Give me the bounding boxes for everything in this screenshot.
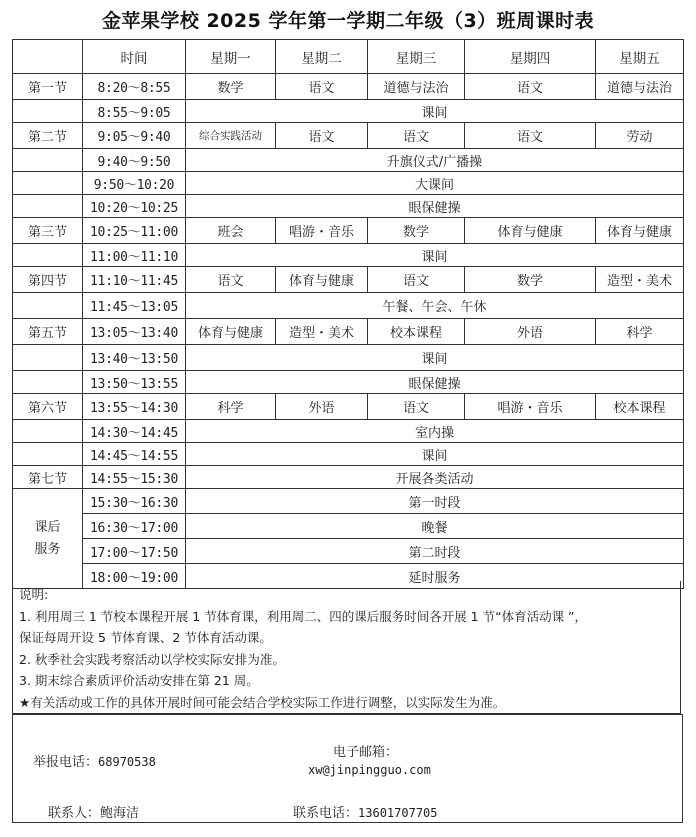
report-phone-label: 举报电话： — [33, 755, 98, 770]
subject-cell: 外语 — [276, 394, 368, 420]
note-line: 保证每周开设 5 节体育课、2 节体育活动课。 — [19, 627, 680, 649]
period-label: 第二节 — [13, 123, 83, 149]
subject-cell: 唱游・音乐 — [276, 218, 368, 244]
period-label — [13, 195, 83, 218]
email-label: 电子邮箱： — [333, 741, 398, 760]
period-label — [13, 149, 83, 172]
subject-cell: 造型・美术 — [276, 319, 368, 345]
period-label: 第六节 — [13, 394, 83, 420]
time-cell: 11:10～11:45 — [83, 267, 186, 293]
activity-cell: 课间 — [186, 244, 684, 267]
subject-cell: 语文 — [368, 123, 465, 149]
subject-cell: 科学 — [596, 319, 684, 345]
activity-cell: 午餐、午会、午休 — [186, 293, 684, 319]
time-cell: 13:40～13:50 — [83, 345, 186, 371]
subject-cell: 校本课程 — [596, 394, 684, 420]
activity-cell: 晚餐 — [186, 514, 684, 539]
contact-name: 鲍海洁 — [100, 806, 139, 821]
report-phone-value: 68970538 — [98, 755, 156, 769]
header-friday: 星期五 — [596, 40, 684, 74]
table-row: 第三节 10:25～11:00 班会 唱游・音乐 数学 体育与健康 体育与健康 — [13, 218, 684, 244]
time-cell: 13:05～13:40 — [83, 319, 186, 345]
table-row: 第六节 13:55～14:30 科学 外语 语文 唱游・音乐 校本课程 — [13, 394, 684, 420]
subject-cell: 造型・美术 — [596, 267, 684, 293]
activity-cell: 课间 — [186, 345, 684, 371]
subject-cell: 科学 — [186, 394, 276, 420]
table-row: 8:55～9:05 课间 — [13, 100, 684, 123]
time-cell: 8:20～8:55 — [83, 74, 186, 100]
period-label: 第五节 — [13, 319, 83, 345]
subject-cell: 体育与健康 — [186, 319, 276, 345]
table-row: 11:00～11:10 课间 — [13, 244, 684, 267]
period-label: 第三节 — [13, 218, 83, 244]
note-line: 3. 期末综合素质评价活动安排在第 21 周。 — [19, 670, 680, 692]
period-label — [13, 100, 83, 123]
header-row: 时间 星期一 星期二 星期三 星期四 星期五 — [13, 40, 684, 74]
header-corner — [13, 40, 83, 74]
header-wednesday: 星期三 — [368, 40, 465, 74]
report-phone: 举报电话：68970538 — [33, 751, 156, 770]
table-row: 第二节 9:05～9:40 综合实践活动 语文 语文 语文 劳动 — [13, 123, 684, 149]
subject-cell: 体育与健康 — [465, 218, 596, 244]
table-row: 第七节 14:55～15:30 开展各类活动 — [13, 466, 684, 489]
subject-cell: 语文 — [368, 394, 465, 420]
table-row: 10:20～10:25 眼保健操 — [13, 195, 684, 218]
subject-cell: 语文 — [186, 267, 276, 293]
period-label — [13, 443, 83, 466]
period-label: 第一节 — [13, 74, 83, 100]
after-school-label: 课后 服务 — [13, 489, 83, 589]
subject-cell: 道德与法治 — [596, 74, 684, 100]
time-cell: 9:40～9:50 — [83, 149, 186, 172]
subject-cell: 数学 — [465, 267, 596, 293]
time-cell: 17:00～17:50 — [83, 539, 186, 564]
note-line: 1. 利用周三 1 节校本课程开展 1 节体育课，利用周二、四的课后服务时间各开… — [19, 606, 680, 628]
activity-cell: 眼保健操 — [186, 195, 684, 218]
time-cell: 14:45～14:55 — [83, 443, 186, 466]
contact-footer: 举报电话：68970538 电子邮箱： xw@jinpingguo.com 联系… — [12, 714, 683, 823]
activity-cell: 眼保健操 — [186, 371, 684, 394]
subject-cell: 校本课程 — [368, 319, 465, 345]
subject-cell: 体育与健康 — [596, 218, 684, 244]
time-cell: 10:25～11:00 — [83, 218, 186, 244]
table-row: 16:30～17:00 晚餐 — [13, 514, 684, 539]
subject-cell: 唱游・音乐 — [465, 394, 596, 420]
schedule-table: 时间 星期一 星期二 星期三 星期四 星期五 第一节 8:20～8:55 数学 … — [12, 39, 684, 589]
after-school-label-line1: 课后 — [13, 517, 82, 539]
activity-cell: 第二时段 — [186, 539, 684, 564]
subject-cell: 数学 — [368, 218, 465, 244]
subject-cell: 外语 — [465, 319, 596, 345]
time-cell: 11:00～11:10 — [83, 244, 186, 267]
header-tuesday: 星期二 — [276, 40, 368, 74]
table-row: 第四节 11:10～11:45 语文 体育与健康 语文 数学 造型・美术 — [13, 267, 684, 293]
table-row: 9:40～9:50 升旗仪式/广播操 — [13, 149, 684, 172]
table-row: 第五节 13:05～13:40 体育与健康 造型・美术 校本课程 外语 科学 — [13, 319, 684, 345]
header-time: 时间 — [83, 40, 186, 74]
subject-cell: 语文 — [276, 123, 368, 149]
header-monday: 星期一 — [186, 40, 276, 74]
time-cell: 15:30～16:30 — [83, 489, 186, 514]
subject-cell: 语文 — [368, 267, 465, 293]
subject-cell: 语文 — [276, 74, 368, 100]
activity-cell: 课间 — [186, 100, 684, 123]
table-row: 9:50～10:20 大课间 — [13, 172, 684, 195]
subject-cell: 综合实践活动 — [186, 123, 276, 149]
time-cell: 14:30～14:45 — [83, 420, 186, 443]
time-cell: 13:50～13:55 — [83, 371, 186, 394]
period-label: 第七节 — [13, 466, 83, 489]
activity-cell: 升旗仪式/广播操 — [186, 149, 684, 172]
time-cell: 9:05～9:40 — [83, 123, 186, 149]
time-cell: 10:20～10:25 — [83, 195, 186, 218]
notes-heading: 说明: — [19, 584, 680, 606]
table-row: 课后 服务 15:30～16:30 第一时段 — [13, 489, 684, 514]
time-cell: 11:45～13:05 — [83, 293, 186, 319]
contact-person: 联系人：鲍海洁 — [48, 802, 139, 821]
table-row: 13:40～13:50 课间 — [13, 345, 684, 371]
note-line: ★有关活动或工作的具体开展时间可能会结合学校实际工作进行调整，以实际发生为准。 — [19, 692, 680, 714]
period-label — [13, 244, 83, 267]
table-row: 13:50～13:55 眼保健操 — [13, 371, 684, 394]
table-row: 11:45～13:05 午餐、午会、午休 — [13, 293, 684, 319]
period-label — [13, 345, 83, 371]
header-thursday: 星期四 — [465, 40, 596, 74]
subject-cell: 体育与健康 — [276, 267, 368, 293]
activity-cell: 课间 — [186, 443, 684, 466]
notes-section: 说明: 1. 利用周三 1 节校本课程开展 1 节体育课，利用周二、四的课后服务… — [12, 581, 681, 714]
table-row: 17:00～17:50 第二时段 — [13, 539, 684, 564]
email-value[interactable]: xw@jinpingguo.com — [308, 763, 431, 777]
table-row: 14:30～14:45 室内操 — [13, 420, 684, 443]
page-title: 金苹果学校 2025 学年第一学期二年级（3）班周课时表 — [0, 6, 696, 33]
activity-cell: 第一时段 — [186, 489, 684, 514]
time-cell: 8:55～9:05 — [83, 100, 186, 123]
period-label — [13, 420, 83, 443]
period-label: 第四节 — [13, 267, 83, 293]
time-cell: 13:55～14:30 — [83, 394, 186, 420]
subject-cell: 道德与法治 — [368, 74, 465, 100]
activity-cell: 室内操 — [186, 420, 684, 443]
subject-cell: 语文 — [465, 123, 596, 149]
period-label — [13, 371, 83, 394]
table-row: 第一节 8:20～8:55 数学 语文 道德与法治 语文 道德与法治 — [13, 74, 684, 100]
contact-label: 联系人： — [48, 806, 100, 821]
subject-cell: 劳动 — [596, 123, 684, 149]
activity-cell: 开展各类活动 — [186, 466, 684, 489]
contact-phone: 联系电话：13601707705 — [293, 802, 438, 821]
subject-cell: 数学 — [186, 74, 276, 100]
table-row: 14:45～14:55 课间 — [13, 443, 684, 466]
activity-cell: 大课间 — [186, 172, 684, 195]
period-label — [13, 172, 83, 195]
subject-cell: 班会 — [186, 218, 276, 244]
after-school-label-line2: 服务 — [13, 539, 82, 561]
time-cell: 9:50～10:20 — [83, 172, 186, 195]
period-label — [13, 293, 83, 319]
time-cell: 16:30～17:00 — [83, 514, 186, 539]
note-line: 2. 秋季社会实践考察活动以学校实际安排为准。 — [19, 649, 680, 671]
contact-phone-label: 联系电话： — [293, 806, 358, 821]
contact-phone-value: 13601707705 — [358, 806, 437, 820]
time-cell: 14:55～15:30 — [83, 466, 186, 489]
subject-cell: 语文 — [465, 74, 596, 100]
